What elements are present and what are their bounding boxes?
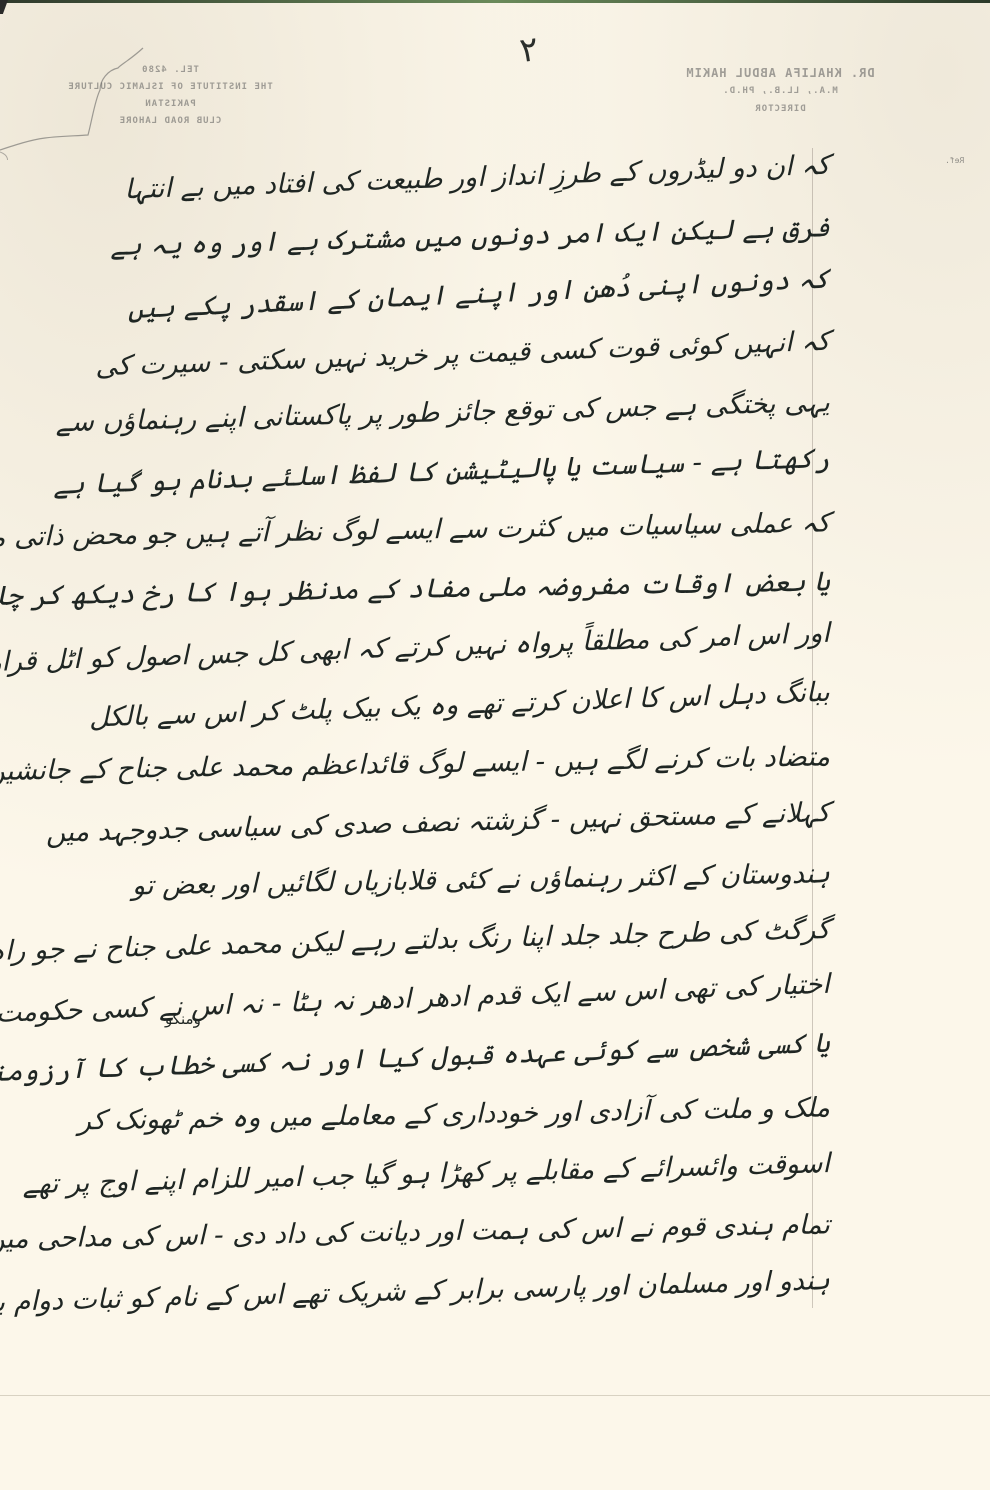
scan-corner-shadow <box>0 0 8 14</box>
letterhead-right-mirrored: DR. KHALIFA ABDUL HAKIM M.A., LL.B., PH.… <box>600 64 960 118</box>
letterhead-ref-label: Ref. <box>945 156 964 165</box>
letterhead-degrees: M.A., LL.B., PH.D. <box>600 82 960 100</box>
document-page: TEL. 4280 THE INSTITUTE OF ISLAMIC CULTU… <box>0 0 990 1490</box>
letterhead-institute: THE INSTITUTE OF ISLAMIC CULTURE <box>20 79 320 96</box>
scan-edge-strip <box>0 0 990 3</box>
handwritten-body: کہ ان دو لیڈروں کے طرزِ انداز اور طبیعت … <box>70 150 830 1320</box>
letterhead-country: PAKISTAN <box>20 96 320 113</box>
letterhead-tel: TEL. 4280 <box>20 62 320 79</box>
page-number: ۲ <box>517 29 541 71</box>
photocopy-edge <box>0 1395 990 1396</box>
interlinear-insertion: ومنکو <box>165 1010 201 1028</box>
letterhead-director-name: DR. KHALIFA ABDUL HAKIM <box>600 64 960 82</box>
letterhead-title: DIRECTOR <box>600 100 960 118</box>
letterhead-left-mirrored: TEL. 4280 THE INSTITUTE OF ISLAMIC CULTU… <box>20 62 320 130</box>
letterhead-address: CLUB ROAD LAHORE <box>20 113 320 130</box>
